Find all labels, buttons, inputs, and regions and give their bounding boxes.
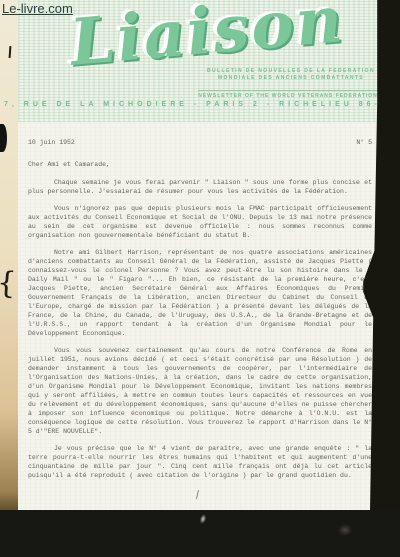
scanned-newsletter-page: Liaison BULLETIN DE NOUVELLES DE LA FEDE… [0,0,400,557]
letter-body: 10 juin 1952 N° 5 Cher Ami et Camarade, … [28,138,372,488]
paragraph: Vous n'ignorez pas que depuis plusieurs … [28,204,372,240]
paragraph: Je vous précise que le N° 4 vient de par… [28,444,372,480]
paragraph: Notre ami Gilbert Harrison, représentant… [28,248,372,338]
page-edge [0,0,18,512]
scan-border-bottom [0,510,400,557]
salutation: Cher Ami et Camarade, [28,160,372,169]
scan-artifact-brace: { [0,265,17,301]
masthead-subtitle-en: NEWSLETTER OF THE WORLD VETERANS FEDERAT… [198,90,378,99]
subtitle-fr-line1: BULLETIN DE NOUVELLES DE LA FEDERATION [205,68,377,75]
subtitle-fr-line2: MONDIALE DES ANCIENS COMBATTANTS [205,75,377,82]
dateline: 10 juin 1952 N° 5 [28,138,372,147]
paragraph: Chaque semaine je vous ferai parvenir " … [28,178,372,196]
masthead-subtitle-fr: BULLETIN DE NOUVELLES DE LA FEDERATION M… [205,68,377,82]
watermark-le-livre: Le-livre.com [2,1,73,16]
issue-number: N° 5 [356,138,372,147]
letter-date: 10 juin 1952 [28,138,75,147]
masthead-address: 7, RUE DE LA MICHODIERE - PARIS 2 - RICH… [4,101,396,108]
paragraph: Vous vous souvenez certainement qu'au co… [28,346,372,436]
